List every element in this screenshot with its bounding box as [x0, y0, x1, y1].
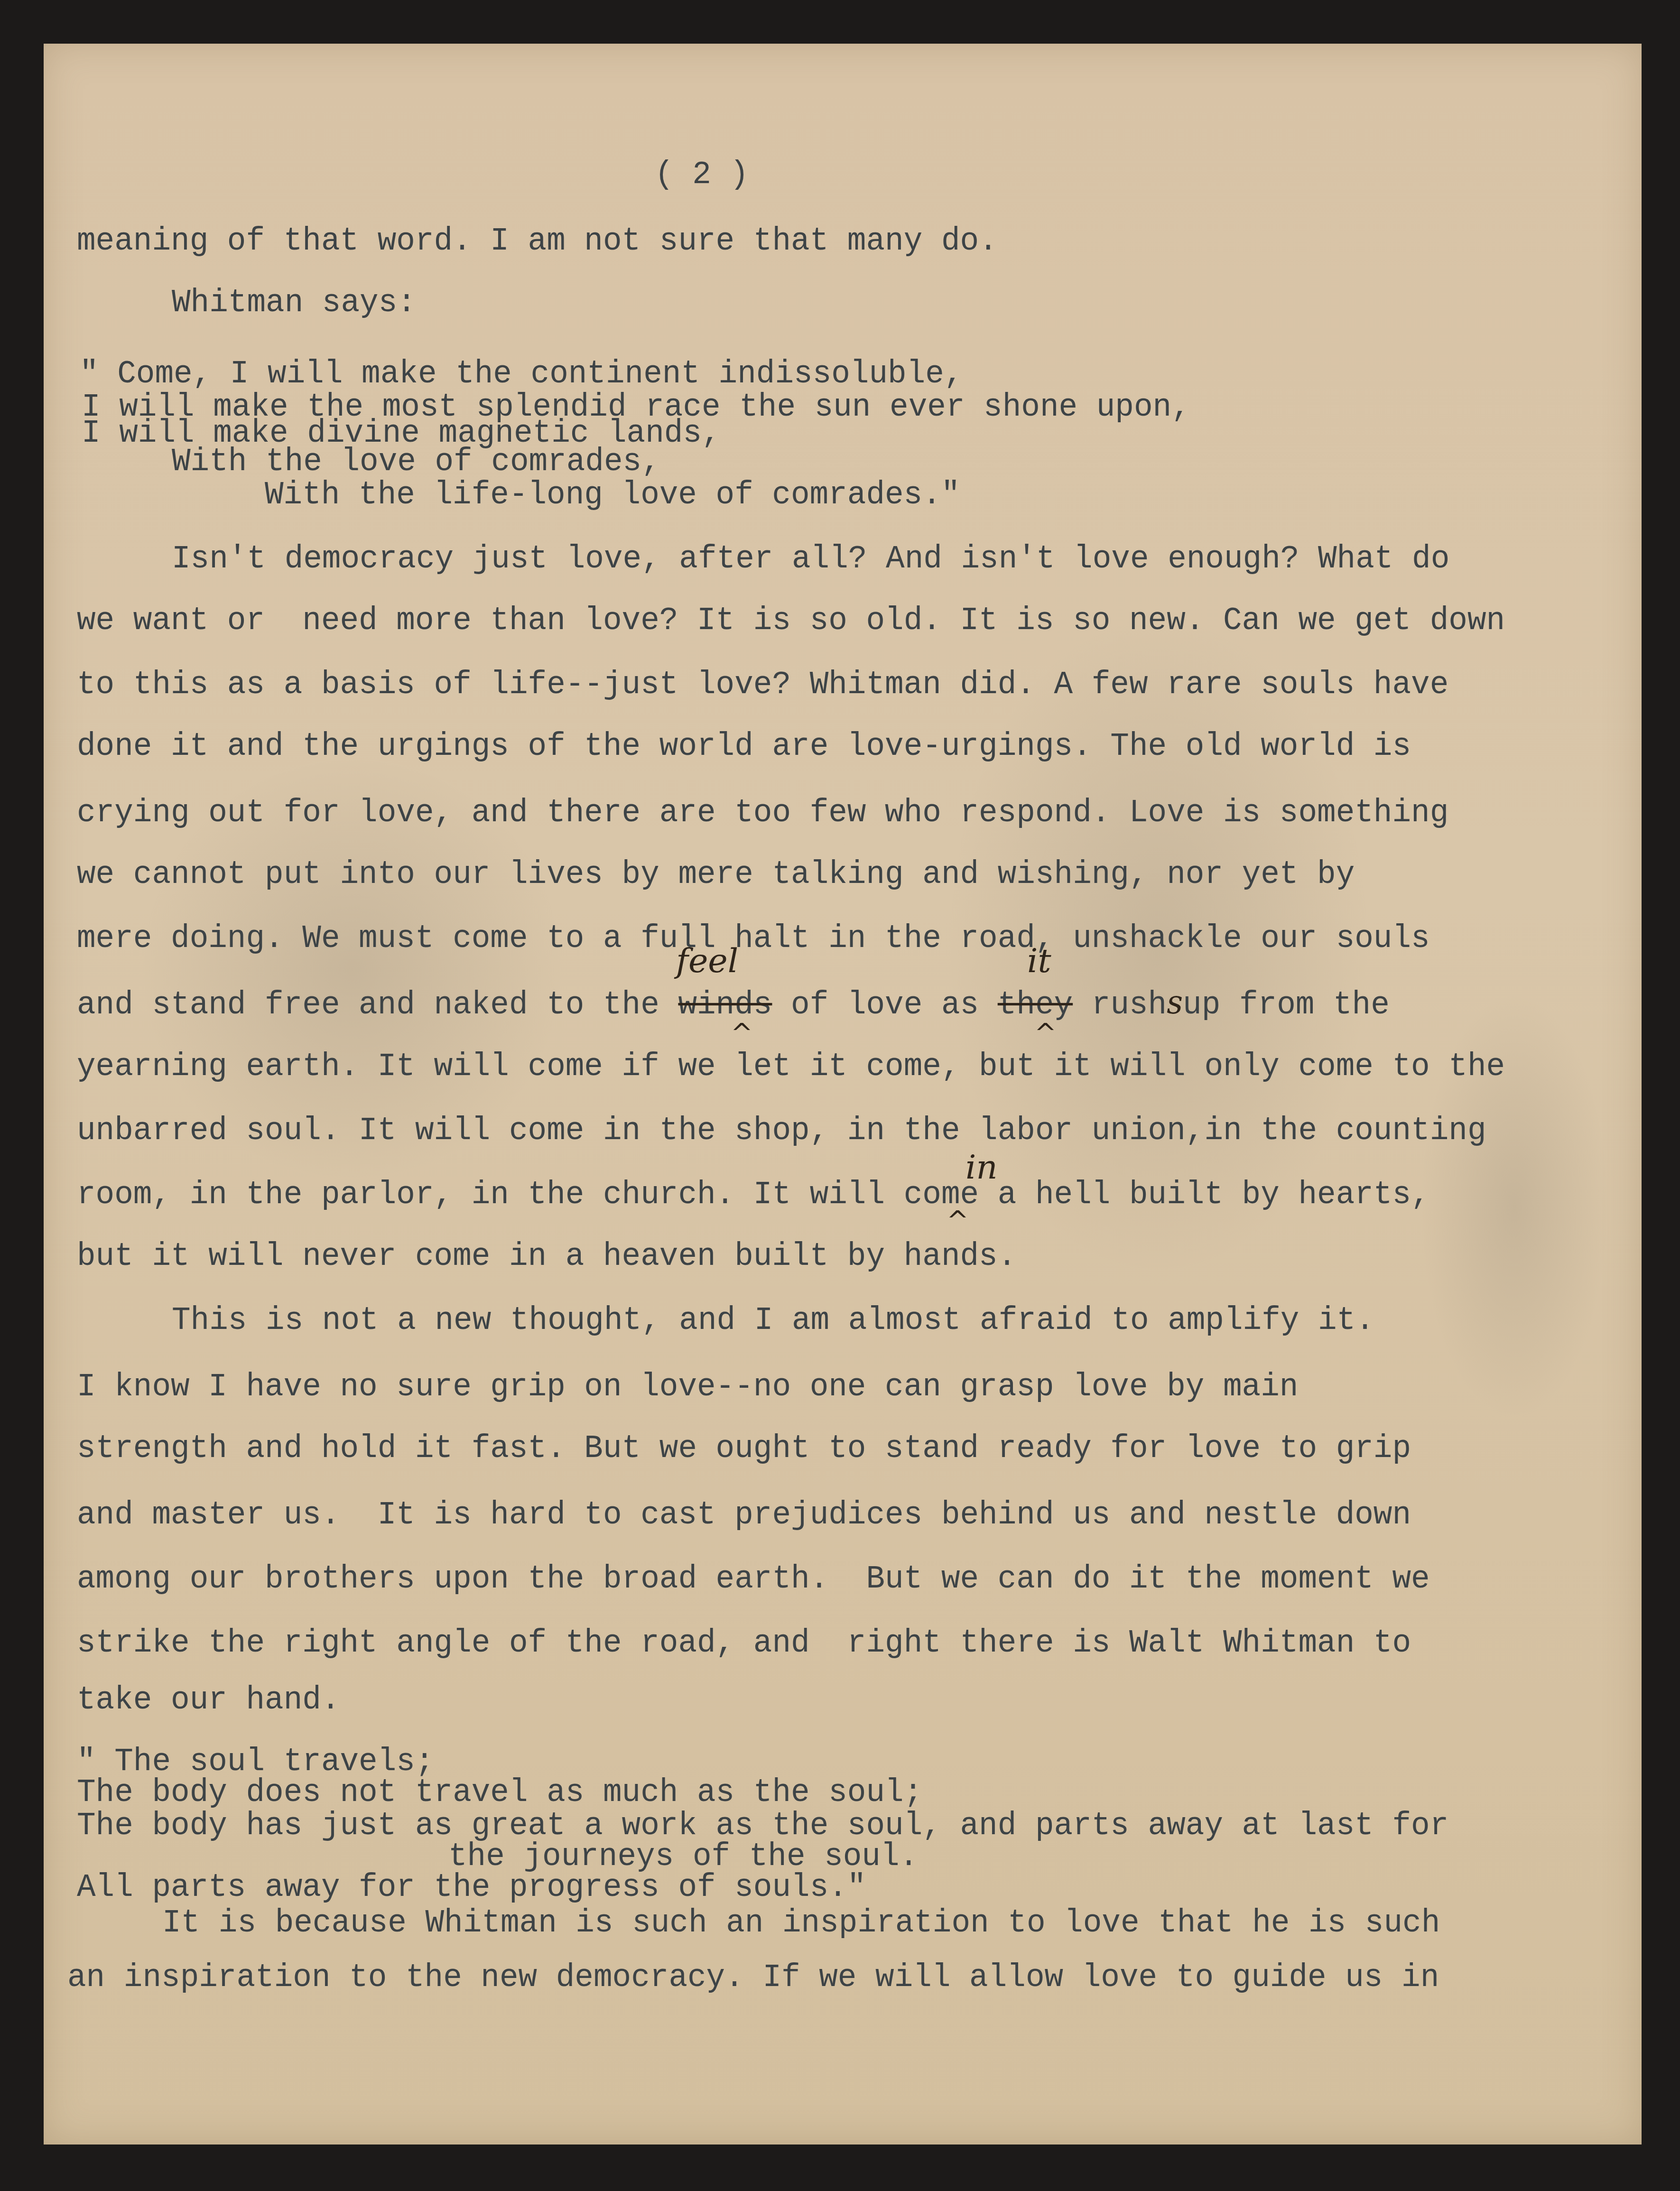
handwritten-insertion: in	[965, 1151, 997, 1184]
text-line: we want or need more than love? It is so…	[77, 604, 1505, 637]
poem-line: The body does not travel as much as the …	[77, 1776, 922, 1809]
text-segment: up from the	[1183, 986, 1390, 1023]
text-segment: of love as	[772, 986, 997, 1023]
text-line: to this as a basis of life--just love? W…	[77, 668, 1448, 701]
text-line: among our brothers upon the broad earth.…	[77, 1562, 1430, 1595]
text-line: and master us. It is hard to cast prejud…	[77, 1498, 1411, 1531]
text-line: crying out for love, and there are too f…	[77, 796, 1448, 829]
poem-line: " Come, I will make the continent indiss…	[80, 357, 963, 390]
poem-line: With the love of comrades,	[172, 445, 660, 478]
text-line: Isn't democracy just love, after all? An…	[172, 542, 1449, 575]
struck-word: winds	[678, 986, 772, 1023]
text-line: strength and hold it fast. But we ought …	[77, 1432, 1411, 1465]
text-line: meaning of that word. I am not sure that…	[77, 224, 998, 257]
caret-mark: ^	[731, 1020, 753, 1047]
text-line: It is because Whitman is such an inspira…	[162, 1906, 1440, 1939]
text-line: Whitman says:	[172, 286, 416, 319]
text-line: I know I have no sure grip on love--no o…	[77, 1370, 1298, 1403]
caret-mark: ^	[947, 1207, 969, 1234]
text-segment: rush	[1073, 986, 1167, 1023]
text-line: yearning earth. It will come if we let i…	[77, 1050, 1505, 1083]
text-line: done it and the urgings of the world are…	[77, 730, 1411, 762]
text-line: an inspiration to the new democracy. If …	[67, 1961, 1439, 1994]
text-line: mere doing. We must come to a full halt …	[77, 922, 1430, 955]
poem-line: All parts away for the progress of souls…	[77, 1871, 866, 1903]
text-segment: a hell built by hearts,	[998, 1176, 1430, 1213]
text-line: This is not a new thought, and I am almo…	[172, 1304, 1374, 1337]
text-line: but it will never come in a heaven built…	[77, 1240, 1016, 1272]
text-line: unbarred soul. It will come in the shop,…	[77, 1114, 1486, 1147]
handwritten-insertion: feel	[676, 944, 738, 977]
handwritten-insertion: it	[1027, 944, 1051, 977]
text-segment: room, in the parlor, in the church. It w…	[77, 1176, 998, 1213]
poem-line: With the life-long love of comrades."	[265, 478, 960, 511]
text-segment: and stand free and naked to the	[77, 986, 678, 1023]
handwritten-insertion: s	[1167, 983, 1183, 1021]
text-line: we cannot put into our lives by mere tal…	[77, 858, 1355, 891]
edited-text-line: room, in the parlor, in the church. It w…	[77, 1178, 1430, 1211]
page-number: ( 2 )	[655, 158, 749, 191]
caret-mark: ^	[1034, 1020, 1057, 1047]
text-line: take our hand.	[77, 1683, 340, 1716]
text-line: strike the right angle of the road, and …	[77, 1626, 1411, 1659]
edited-text-line: and stand free and naked to the winds of…	[77, 986, 1390, 1021]
